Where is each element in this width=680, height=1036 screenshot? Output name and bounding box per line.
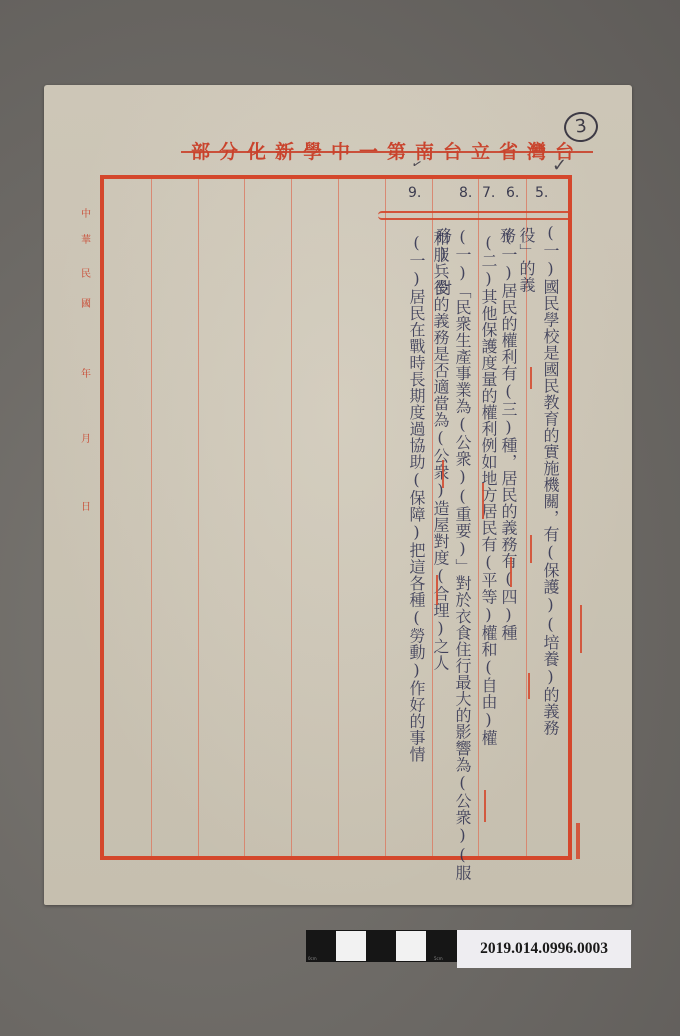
question-number: 5. bbox=[535, 185, 548, 201]
column-rule bbox=[338, 179, 339, 856]
date-char: 華 bbox=[74, 231, 98, 246]
scale-segment bbox=[396, 931, 426, 961]
accession-number-label: 2019.014.0996.0003 bbox=[457, 930, 631, 968]
red-grading-mark bbox=[576, 823, 580, 859]
answer-column-9: (一)居民在戰時長期度過協助(保障)把這各種(勞動)作好的事情 bbox=[404, 233, 426, 763]
letterhead-title: 台灣省立台南第一中學新化分部 bbox=[181, 137, 593, 164]
answer-column-8-continued: 和服兵役的義務是否適當為(公衆)造屋對度(合理)之人 bbox=[428, 230, 450, 671]
scale-segment bbox=[336, 931, 366, 961]
date-char: 日 bbox=[74, 498, 98, 513]
document-paper: 台灣省立台南第一中學新化分部 3 ✓ ✓ 中 華 民 國 年 月 日 5. 6.… bbox=[44, 85, 632, 905]
question-number: 6. bbox=[506, 185, 519, 201]
date-char: 月 bbox=[74, 430, 98, 445]
red-grading-mark bbox=[484, 790, 486, 822]
scale-label-end: 5cm bbox=[434, 956, 443, 961]
column-rule bbox=[385, 179, 386, 856]
scale-segment bbox=[366, 931, 396, 961]
column-rule bbox=[151, 179, 152, 856]
answer-column-6: (一)居民的權利有(三)種，居民的義務有(四)種 bbox=[496, 227, 518, 641]
red-grading-mark bbox=[528, 673, 530, 699]
date-char: 國 bbox=[74, 295, 98, 310]
red-grading-mark bbox=[530, 367, 532, 389]
column-rule bbox=[198, 179, 199, 856]
question-number: 7. bbox=[482, 185, 495, 201]
red-grading-mark bbox=[442, 460, 444, 488]
date-char: 中 bbox=[74, 205, 98, 220]
answer-column-7: (二)其他保護度量的權利例如地方居民有(平等)權和(自由)權 bbox=[476, 233, 498, 746]
scale-bar: 0cm 5cm bbox=[306, 930, 458, 962]
column-rule bbox=[291, 179, 292, 856]
red-pen-strikethrough bbox=[378, 211, 572, 220]
check-mark-icon: ✓ bbox=[552, 155, 567, 176]
date-char: 年 bbox=[74, 365, 98, 380]
answer-column-5: (一)國民學校是國民教育的實施機關，有(保護)(培養)的義務 bbox=[538, 223, 560, 736]
column-rule bbox=[244, 179, 245, 856]
date-char: 民 bbox=[74, 265, 98, 280]
red-grading-mark bbox=[530, 535, 532, 563]
question-number: 8. bbox=[459, 185, 472, 201]
red-grading-mark bbox=[436, 575, 438, 605]
letterhead-strikethrough bbox=[181, 151, 593, 153]
red-grading-mark bbox=[580, 605, 582, 653]
red-grading-mark bbox=[510, 557, 512, 587]
answer-column-8: (一)「民衆生產事業為(公衆)(重要)」對於衣食住行最大的影響為(公衆)(服務)… bbox=[450, 227, 472, 905]
red-grading-mark bbox=[482, 483, 484, 519]
question-number: 9. bbox=[408, 185, 421, 201]
scale-label-start: 0cm bbox=[308, 956, 317, 961]
